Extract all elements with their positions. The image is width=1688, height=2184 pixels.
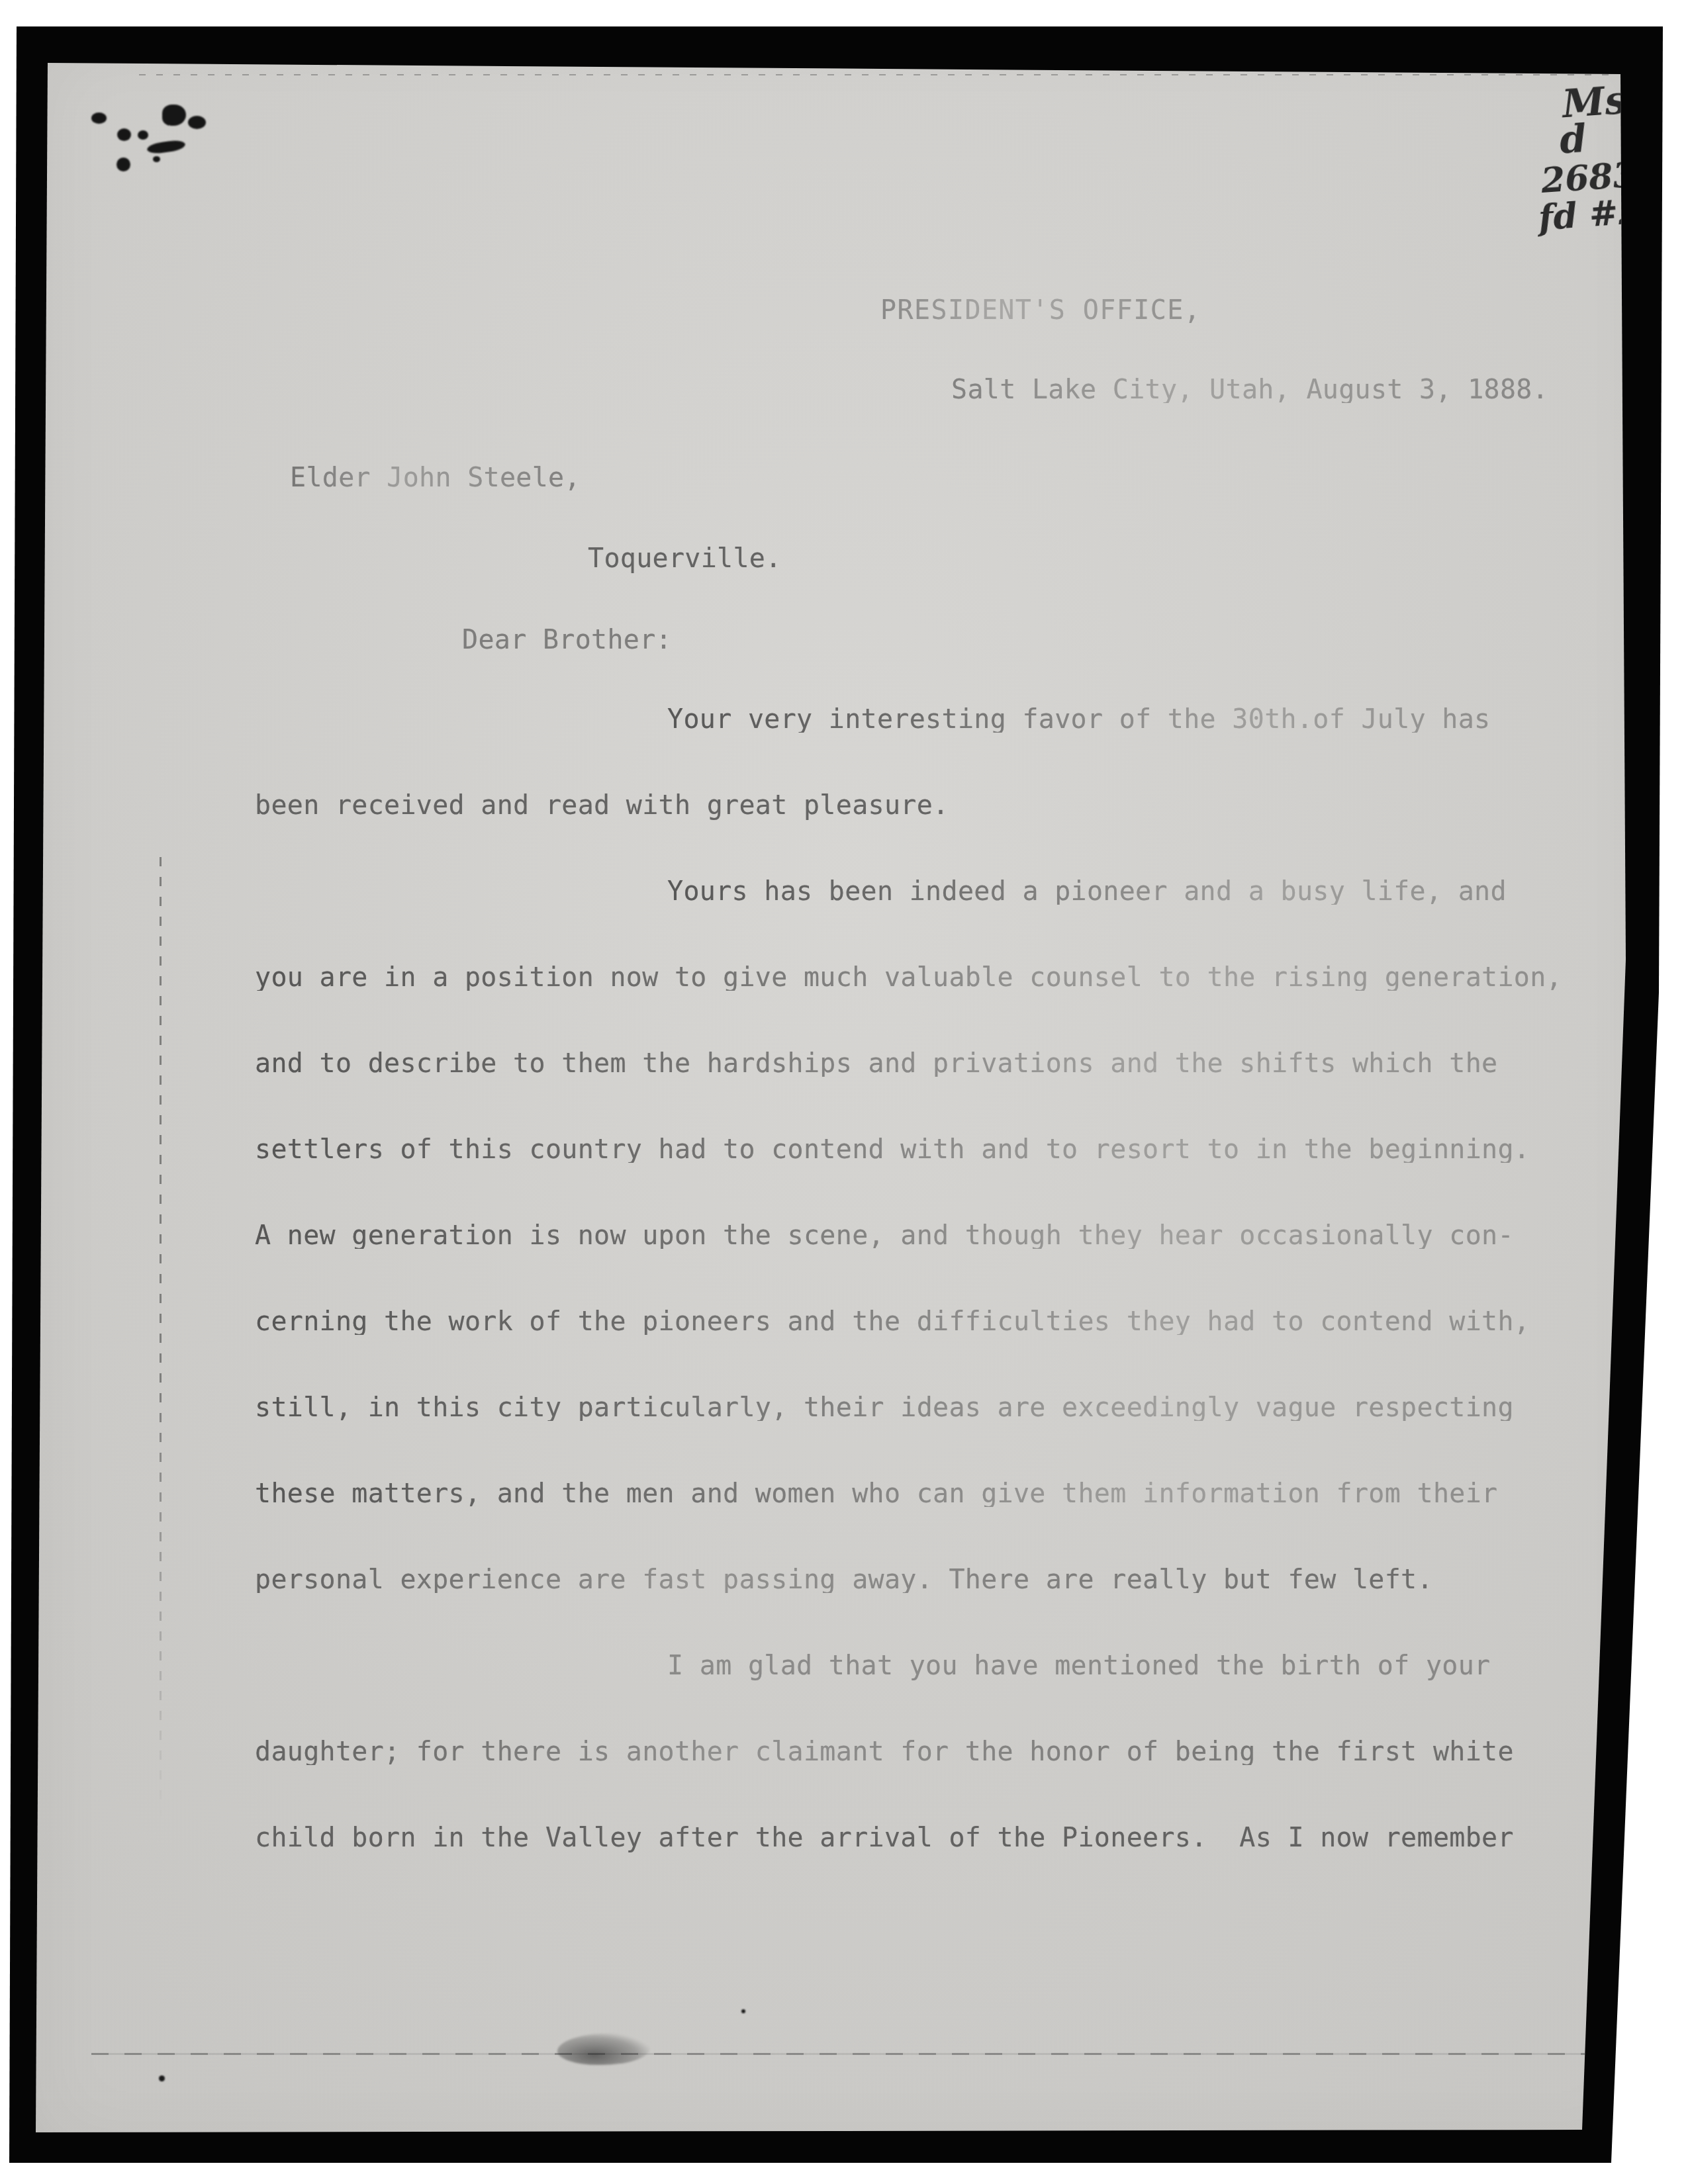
fold-smudge [557,2033,650,2065]
ink-blot [162,105,186,126]
ink-blot [117,128,131,141]
letter-line: A new generation is now upon the scene, … [255,1222,1514,1249]
letter-line: child born in the Valley after the arriv… [255,1825,1514,1851]
letter-line: Yours has been indeed a pioneer and a bu… [667,878,1507,905]
ink-blot [138,130,148,140]
scanned-letter-page: Ms d 2683 fd #2 PRESIDENT'S OFFICE, Salt… [0,0,1688,2184]
horizontal-fold-crease [91,2053,1589,2055]
recipient-name: Elder John Steele, [290,465,581,491]
archival-annotation-line: d [1558,116,1588,163]
paper-speck [159,2075,165,2081]
letter-line: cerning the work of the pioneers and the… [255,1308,1530,1335]
recipient-place: Toquerville. [588,545,782,572]
letter-line: Your very interesting favor of the 30th.… [667,706,1490,733]
letterhead-dateline: Salt Lake City, Utah, August 3, 1888. [951,377,1548,403]
letter-line: settlers of this country had to contend … [255,1136,1530,1163]
letter-line: you are in a position now to give much v… [255,964,1562,991]
ink-blot [153,156,160,162]
letter-line: and to describe to them the hardships an… [255,1050,1497,1077]
paper-top-edge-crease [139,74,1609,75]
ink-blot [117,158,130,171]
ink-blot [188,116,206,129]
salutation: Dear Brother: [462,627,672,653]
ink-blot [91,113,107,124]
letter-line: personal experience are fast passing awa… [255,1567,1433,1593]
ink-blot [146,139,186,155]
letter-line: been received and read with great pleasu… [255,792,949,819]
letter-line: daughter; for there is another claimant … [255,1739,1514,1765]
letter-line: these matters, and the men and women who… [255,1480,1497,1507]
letter-line: I am glad that you have mentioned the bi… [667,1653,1490,1679]
letter-line: still, in this city particularly, their … [255,1394,1514,1421]
letter-paper: Ms d 2683 fd #2 PRESIDENT'S OFFICE, Salt… [0,0,1688,2184]
letterhead-office: PRESIDENT'S OFFICE, [880,297,1201,324]
vertical-fold-crease [160,857,162,1817]
paper-speck [741,2009,745,2013]
